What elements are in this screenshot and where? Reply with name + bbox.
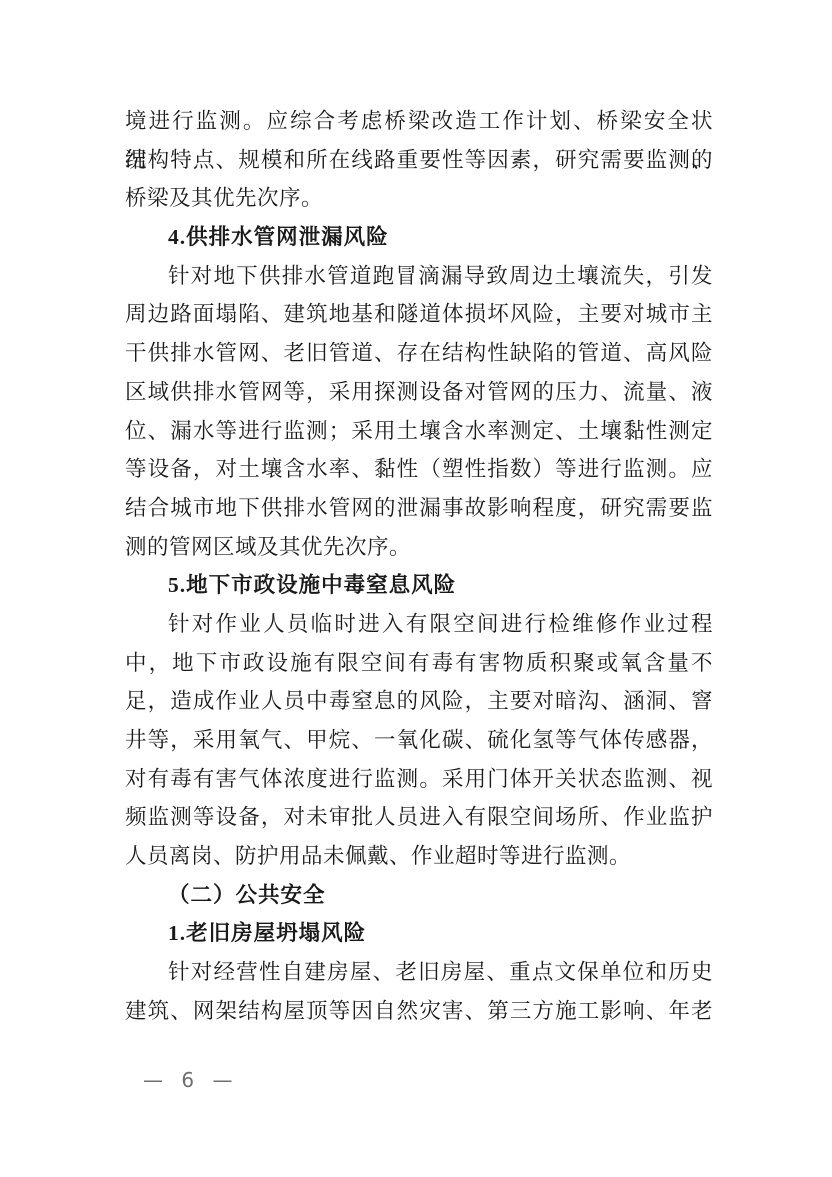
page-number: — 6 — bbox=[143, 1068, 238, 1092]
body-line: 井等，采用氧气、甲烷、一氧化碳、硫化氢等气体传感器， bbox=[125, 721, 713, 760]
body-line: 针对地下供排水管道跑冒滴漏导致周边土壤流失，引发 bbox=[125, 257, 713, 296]
body-line: 针对作业人员临时进入有限空间进行检维修作业过程 bbox=[125, 605, 713, 644]
body-line: 足，造成作业人员中毒窒息的风险，主要对暗沟、涵洞、窨 bbox=[125, 682, 713, 721]
body-line: 等设备，对土壤含水率、黏性（塑性指数）等进行监测。应 bbox=[125, 450, 713, 489]
body-line: 针对经营性自建房屋、老旧房屋、重点文保单位和历史 bbox=[125, 953, 713, 992]
body-line: 测的管网区域及其优先次序。 bbox=[125, 528, 713, 567]
body-line: 频监测等设备，对未审批人员进入有限空间场所、作业监护 bbox=[125, 798, 713, 837]
body-line: 中，地下市政设施有限空间有毒有害物质积聚或氧含量不 bbox=[125, 644, 713, 683]
heading-line: 1.老旧房屋坍塌风险 bbox=[125, 914, 713, 953]
body-line: 周边路面塌陷、建筑地基和隧道体损坏风险，主要对城市主 bbox=[125, 295, 713, 334]
body-line: 建筑、网架结构屋顶等因自然灾害、第三方施工影响、年老 bbox=[125, 992, 713, 1031]
body-line: 桥梁及其优先次序。 bbox=[125, 179, 713, 218]
body-line: 境进行监测。应综合考虑桥梁改造工作计划、桥梁安全状况、 bbox=[125, 102, 713, 141]
body-line: 位、漏水等进行监测；采用土壤含水率测定、土壤黏性测定 bbox=[125, 412, 713, 451]
body-line: 对有毒有害气体浓度进行监测。采用门体开关状态监测、视 bbox=[125, 760, 713, 799]
heading-line: 4.供排水管网泄漏风险 bbox=[125, 218, 713, 257]
body-line: 干供排水管网、老旧管道、存在结构性缺陷的管道、高风险 bbox=[125, 334, 713, 373]
document-body: 境进行监测。应综合考虑桥梁改造工作计划、桥梁安全状况、 结构特点、规模和所在线路… bbox=[125, 102, 713, 1031]
body-line: 区域供排水管网等，采用探测设备对管网的压力、流量、液 bbox=[125, 373, 713, 412]
body-line: 结合城市地下供排水管网的泄漏事故影响程度，研究需要监 bbox=[125, 489, 713, 528]
document-page: 境进行监测。应综合考虑桥梁改造工作计划、桥梁安全状况、 结构特点、规模和所在线路… bbox=[0, 0, 832, 1177]
body-line: 人员离岗、防护用品未佩戴、作业超时等进行监测。 bbox=[125, 837, 713, 876]
section-heading: （二）公共安全 bbox=[125, 876, 713, 915]
heading-line: 5.地下市政设施中毒窒息风险 bbox=[125, 566, 713, 605]
body-line: 结构特点、规模和所在线路重要性等因素，研究需要监测的 bbox=[125, 141, 713, 180]
